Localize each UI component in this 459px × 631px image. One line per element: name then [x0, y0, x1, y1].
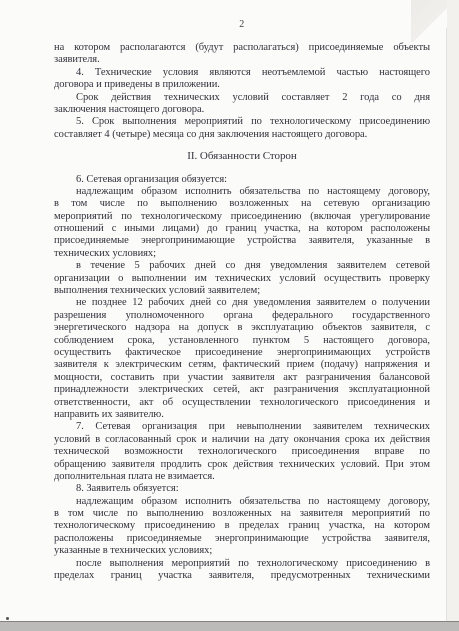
- document-page: 2 на котором располагаются (будут распол…: [0, 0, 459, 622]
- paragraph: 4. Технические условия являются неотъемл…: [54, 67, 430, 92]
- scanner-background: 2 на котором располагаются (будут распол…: [0, 0, 459, 631]
- text-line: 7. Сетевая организация при невыполнении …: [54, 421, 430, 433]
- text-line: направить их заявителю.: [54, 409, 430, 421]
- text-line: разрешения уполномоченного органа федера…: [54, 310, 430, 322]
- text-line: после выполнения мероприятий по технолог…: [54, 558, 430, 570]
- page-number: 2: [54, 19, 430, 30]
- text-line: технологическому присоединению в предела…: [54, 520, 430, 532]
- text-line: технической возможности технологического…: [54, 446, 430, 458]
- text-line: выполнения технических условий заявителе…: [54, 285, 430, 297]
- paragraph: 5. Срок выполнения мероприятий по технол…: [54, 116, 430, 141]
- paper-edge-strip: [447, 0, 459, 621]
- paragraph: после выполнения мероприятий по технолог…: [54, 558, 430, 583]
- text-line: на котором располагаются (будут располаг…: [54, 42, 430, 54]
- text-line: расположены присоединяемые энергопринима…: [54, 533, 430, 545]
- text-line: отношений с иными лицами) до границ учас…: [54, 223, 430, 235]
- section-heading: II. Обязанности Сторон: [54, 150, 430, 162]
- text-line: 5. Срок выполнения мероприятий по технол…: [54, 116, 430, 128]
- text-line: 4. Технические условия являются неотъемл…: [54, 67, 430, 79]
- text-line: в том числе по выполнению возложенных на…: [54, 508, 430, 520]
- paragraph: в течение 5 рабочих дней со дня уведомле…: [54, 260, 430, 297]
- text-line: 6. Сетевая организация обязуется:: [54, 174, 430, 186]
- paragraph: на котором располагаются (будут располаг…: [54, 42, 430, 67]
- text-line: указанные в технических условиях;: [54, 545, 430, 557]
- text-line: 8. Заявитель обязуется:: [54, 483, 430, 495]
- paragraph: Срок действия технических условий состав…: [54, 92, 430, 117]
- text-line: технических условиях;: [54, 248, 430, 260]
- text-line: мероприятий по технологическому присоеди…: [54, 211, 430, 223]
- text-line: обращению заявителя продлить срок действ…: [54, 459, 430, 471]
- text-line: договора и приведены в приложении.: [54, 79, 430, 91]
- paragraph: 7. Сетевая организация при невыполнении …: [54, 421, 430, 483]
- text-line: энергетического надзора на допуск в эксп…: [54, 322, 430, 334]
- text-line: принадлежности электрических сетей, акт …: [54, 384, 430, 396]
- paragraph: надлежащим образом исполнить обязательст…: [54, 186, 430, 260]
- text-line: пределах границ участка заявителя, преду…: [54, 570, 430, 582]
- text-line: в том числе по выполнению возложенных на…: [54, 198, 430, 210]
- document-text: на котором располагаются (будут располаг…: [54, 42, 430, 582]
- paragraph: не позднее 12 рабочих дней со дня уведом…: [54, 297, 430, 421]
- paper-crease: [446, 28, 447, 621]
- scan-speck: [6, 617, 9, 620]
- text-line: осуществить фактическое присоединение эн…: [54, 347, 430, 359]
- text-line: дополнительная плата не взимается.: [54, 471, 430, 483]
- text-line: надлежащим образом исполнить обязательст…: [54, 186, 430, 198]
- text-line: присоединяемые энергопринимающие устройс…: [54, 235, 430, 247]
- text-line: заключения настоящего договора.: [54, 104, 430, 116]
- paragraph: 8. Заявитель обязуется:: [54, 483, 430, 495]
- text-line: условий в согласованный срок и наличии н…: [54, 434, 430, 446]
- text-line: Срок действия технических условий состав…: [54, 92, 430, 104]
- paragraph: надлежащим образом исполнить обязательст…: [54, 496, 430, 558]
- text-line: ответственности, акт об осуществлении те…: [54, 397, 430, 409]
- text-line: надлежащим образом исполнить обязательст…: [54, 496, 430, 508]
- text-line: не позднее 12 рабочих дней со дня уведом…: [54, 297, 430, 309]
- text-line: в течение 5 рабочих дней со дня уведомле…: [54, 260, 430, 272]
- text-line: мощности, составить при участии заявител…: [54, 372, 430, 384]
- paragraph: 6. Сетевая организация обязуется:: [54, 174, 430, 186]
- text-line: соблюдением срока, установленного пункто…: [54, 335, 430, 347]
- text-line: организации о выполнении им технических …: [54, 273, 430, 285]
- text-line: составляет 4 (четыре) месяца со дня закл…: [54, 129, 430, 141]
- text-line: заявителя к электрическим сетям, фактиче…: [54, 359, 430, 371]
- text-line: заявителя.: [54, 54, 430, 66]
